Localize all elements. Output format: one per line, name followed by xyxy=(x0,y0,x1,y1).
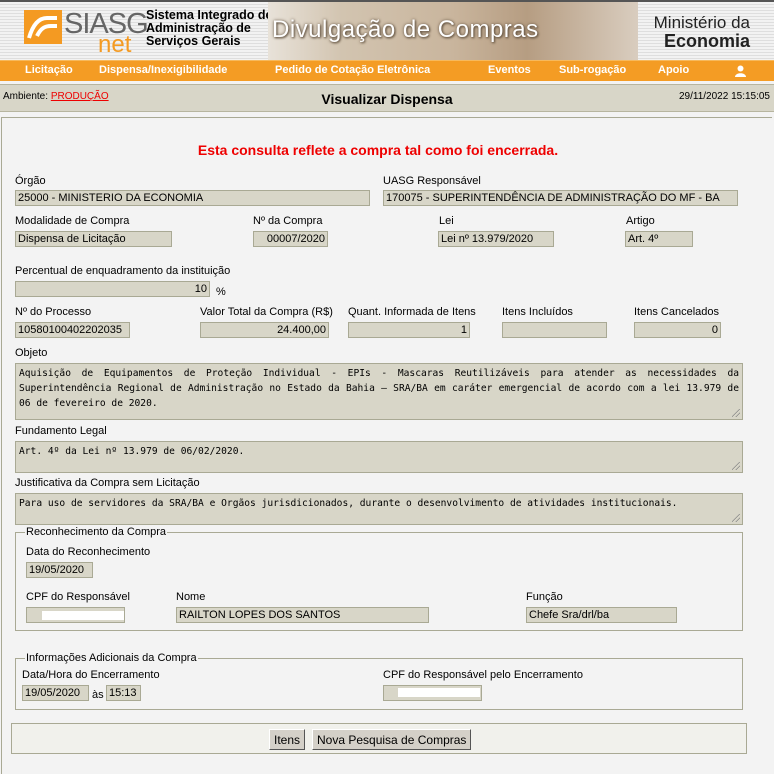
justificativa-textarea[interactable]: Para uso de servidores da SRA/BA e Orgão… xyxy=(15,493,743,525)
modalidade-field: Dispensa de Licitação xyxy=(15,231,172,247)
numero-compra-label: Nº da Compra xyxy=(253,215,322,227)
quant-itens-label: Quant. Informada de Itens xyxy=(348,306,476,318)
percent-unit: % xyxy=(216,286,226,298)
nav-dispensa[interactable]: Dispensa/Inexigibilidade xyxy=(99,64,227,76)
justificativa-text: Para uso de servidores da SRA/BA e Orgão… xyxy=(19,498,677,509)
funcao-field: Chefe Sra/drl/ba xyxy=(526,607,677,623)
resize-grip-icon[interactable] xyxy=(732,514,740,522)
itens-button[interactable]: Itens xyxy=(269,729,305,750)
artigo-field: Art. 4º xyxy=(625,231,693,247)
itens-incluidos-field xyxy=(502,322,607,338)
objeto-textarea[interactable]: Aquisição de Equipamentos de Proteção In… xyxy=(15,363,743,420)
ministry-name: Ministério da Economia xyxy=(646,13,750,51)
quant-itens-field: 1 xyxy=(348,322,470,338)
cpf-responsavel-field xyxy=(26,607,125,623)
valor-total-label: Valor Total da Compra (R$) xyxy=(200,306,333,318)
valor-total-field: 24.400,00 xyxy=(200,322,329,338)
nova-pesquisa-button[interactable]: Nova Pesquisa de Compras xyxy=(312,729,471,750)
itens-cancelados-field: 0 xyxy=(634,322,721,338)
justificativa-label: Justificativa da Compra sem Licitação xyxy=(15,477,200,489)
percentual-label: Percentual de enquadramento da instituiç… xyxy=(15,265,230,277)
cpf-encerramento-label: CPF do Responsável pelo Encerramento xyxy=(383,669,583,681)
objeto-label: Objeto xyxy=(15,347,47,359)
modalidade-label: Modalidade de Compra xyxy=(15,215,129,227)
processo-field: 10580100402202035 xyxy=(15,322,130,338)
encerramento-data-field: 19/05/2020 xyxy=(22,685,89,701)
processo-label: Nº do Processo xyxy=(15,306,91,318)
nav-apoio[interactable]: Apoio xyxy=(658,64,689,76)
main-nav: Licitação Dispensa/Inexigibilidade Pedid… xyxy=(0,60,774,81)
adicionais-fieldset: Informações Adicionais da Compra xyxy=(15,652,743,710)
redacted-block xyxy=(42,611,125,620)
artigo-label: Artigo xyxy=(626,215,655,227)
page-title: Visualizar Dispensa xyxy=(0,91,774,107)
adicionais-legend: Informações Adicionais da Compra xyxy=(25,652,198,664)
system-name-line: Serviços Gerais xyxy=(146,35,276,48)
redacted-block xyxy=(398,688,480,697)
banner-title: Divulgação de Compras xyxy=(272,16,539,44)
nome-label: Nome xyxy=(176,591,205,603)
nav-licitacao[interactable]: Licitação xyxy=(25,64,73,76)
current-datetime: 29/11/2022 15:15:05 xyxy=(679,91,770,102)
lei-label: Lei xyxy=(439,215,454,227)
logo-subtext: net xyxy=(98,33,131,57)
data-reconhecimento-label: Data do Reconhecimento xyxy=(26,546,150,558)
objeto-text: Aquisição de Equipamentos de Proteção In… xyxy=(19,368,739,409)
resize-grip-icon[interactable] xyxy=(732,462,740,470)
ministry-line1: Ministério da xyxy=(654,13,750,32)
fundamento-textarea[interactable]: Art. 4º da Lei nº 13.979 de 06/02/2020. xyxy=(15,441,743,473)
title-bar: Ambiente: PRODUÇÃO Visualizar Dispensa 2… xyxy=(0,84,774,112)
site-header: SIASG net Sistema Integrado de Administr… xyxy=(0,0,774,60)
cpf-responsavel-label: CPF do Responsável xyxy=(26,591,130,603)
nav-sub-rogacao[interactable]: Sub-rogação xyxy=(559,64,626,76)
orgao-field: 25000 - MINISTERIO DA ECONOMIA xyxy=(15,190,370,206)
uasg-label: UASG Responsável xyxy=(383,175,481,187)
itens-incluidos-label: Itens Incluídos xyxy=(502,306,573,318)
resize-grip-icon[interactable] xyxy=(732,409,740,417)
nav-eventos[interactable]: Eventos xyxy=(488,64,531,76)
as-label: às xyxy=(92,689,104,701)
numero-compra-field: 00007/2020 xyxy=(253,231,328,247)
system-name: Sistema Integrado de Administração de Se… xyxy=(146,9,276,48)
cpf-encerramento-field xyxy=(383,685,482,701)
orgao-label: Órgão xyxy=(15,175,46,187)
siasg-logo-icon xyxy=(24,10,62,44)
lei-field: Lei nº 13.979/2020 xyxy=(438,231,554,247)
user-icon[interactable] xyxy=(735,65,746,77)
nome-field: RAILTON LOPES DOS SANTOS xyxy=(176,607,429,623)
ministry-line2: Economia xyxy=(646,32,750,51)
encerramento-label: Data/Hora do Encerramento xyxy=(22,669,160,681)
uasg-field: 170075 - SUPERINTENDÊNCIA DE ADMINISTRAÇ… xyxy=(383,190,738,206)
notice-message: Esta consulta reflete a compra tal como … xyxy=(0,142,756,158)
encerramento-hora-field: 15:13 xyxy=(106,685,141,701)
funcao-label: Função xyxy=(526,591,563,603)
fundamento-text: Art. 4º da Lei nº 13.979 de 06/02/2020. xyxy=(19,446,244,457)
data-reconhecimento-field: 19/05/2020 xyxy=(26,562,93,578)
percentual-field: 10 xyxy=(15,281,210,297)
itens-cancelados-label: Itens Cancelados xyxy=(634,306,719,318)
nav-pedido-cotacao[interactable]: Pedido de Cotação Eletrônica xyxy=(275,64,430,76)
fundamento-label: Fundamento Legal xyxy=(15,425,107,437)
reconhecimento-legend: Reconhecimento da Compra xyxy=(25,526,167,538)
